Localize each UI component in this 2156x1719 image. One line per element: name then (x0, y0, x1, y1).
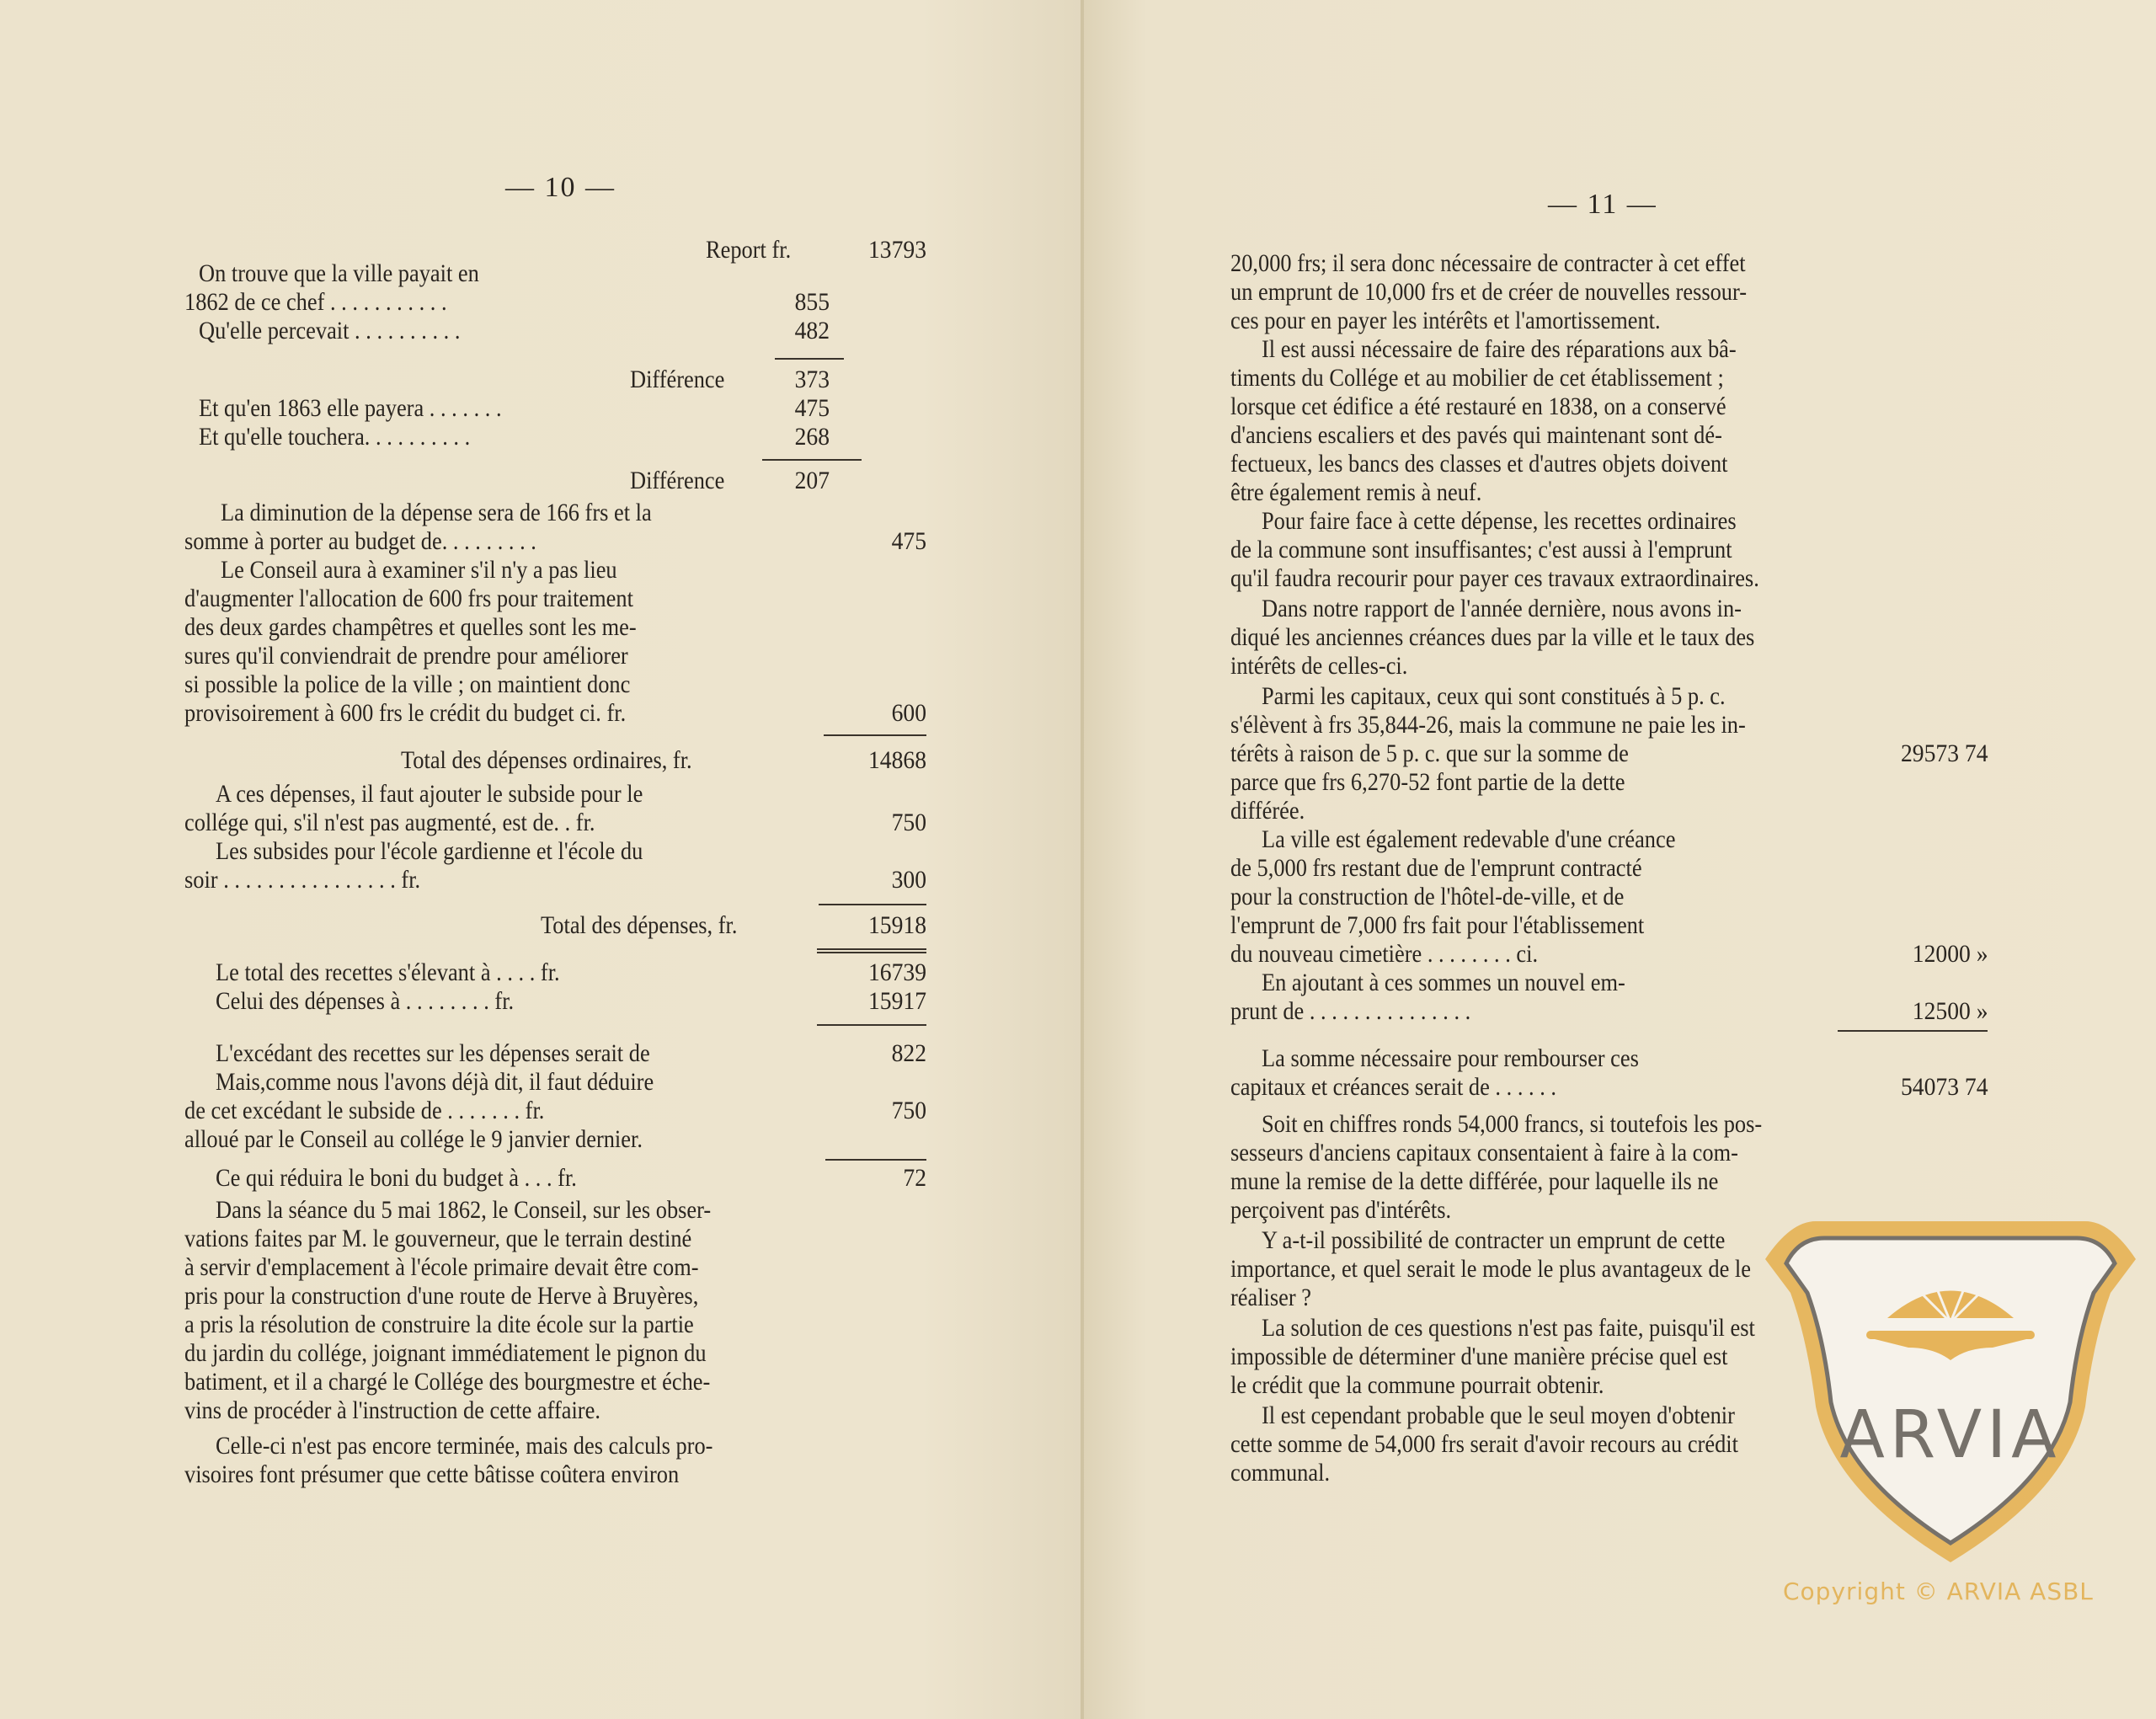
copyright-notice: Copyright © ARVIA ASBL (1783, 1578, 2094, 1605)
text-line: Total des dépenses ordinaires, fr. (401, 746, 692, 775)
amount-value: 14868 (868, 746, 926, 775)
amount-value: 29573 74 (1901, 739, 1988, 768)
sum-rule (1838, 1030, 1988, 1032)
text-line: réaliser ? (1230, 1284, 1311, 1312)
text-line: timents du Collége et au mobilier de cet… (1230, 364, 1724, 392)
text-line: si possible la police de la ville ; on m… (184, 670, 630, 699)
amount-value: 475 (795, 394, 830, 423)
text-line: On trouve que la ville payait en (199, 259, 479, 288)
amount-value: 268 (795, 423, 830, 451)
text-line: Mais,comme nous l'avons déjà dit, il fau… (216, 1068, 654, 1097)
double-sum-rule (817, 948, 926, 953)
text-line: Report fr. (706, 236, 791, 264)
amount-value: 207 (795, 467, 830, 495)
page-number-right: — 11 — (1548, 189, 1657, 221)
text-line: En ajoutant à ces sommes un nouvel em- (1262, 969, 1625, 997)
text-line: Le total des recettes s'élevant à . . . … (216, 958, 560, 987)
text-line: Et qu'elle touchera. . . . . . . . . . (199, 423, 470, 451)
text-line: lorsque cet édifice a été restauré en 18… (1230, 392, 1726, 421)
text-line: de la commune sont insuffisantes; c'est … (1230, 536, 1732, 564)
amount-value: 300 (892, 866, 926, 894)
text-line: Parmi les capitaux, ceux qui sont consti… (1262, 682, 1726, 711)
text-line: différée. (1230, 797, 1305, 825)
text-line: cette somme de 54,000 frs serait d'avoir… (1230, 1430, 1738, 1459)
text-line: A ces dépenses, il faut ajouter le subsi… (216, 780, 643, 809)
text-line: communal. (1230, 1459, 1330, 1487)
amount-value: 13793 (868, 236, 926, 264)
text-line: Pour faire face à cette dépense, les rec… (1262, 507, 1737, 536)
text-line: vations faites par M. le gouverneur, que… (184, 1225, 691, 1253)
text-line: parce que frs 6,270-52 font partie de la… (1230, 768, 1625, 797)
text-line: d'augmenter l'allocation de 600 frs pour… (184, 585, 633, 613)
text-line: être également remis à neuf. (1230, 478, 1481, 507)
text-line: Y a-t-il possibilité de contracter un em… (1262, 1226, 1725, 1255)
text-line: visoires font présumer que cette bâtisse… (184, 1460, 679, 1489)
text-line: diqué les anciennes créances dues par la… (1230, 623, 1754, 652)
text-line: de 5,000 frs restant due de l'emprunt co… (1230, 854, 1642, 883)
book-spread: — 10 — — 11 — Report fr.On trouve que la… (0, 0, 2156, 1719)
text-line: Dans la séance du 5 mai 1862, le Conseil… (216, 1196, 711, 1225)
text-line: Soit en chiffres ronds 54,000 francs, si… (1262, 1110, 1762, 1139)
text-line: d'anciens escaliers et des pavés qui mai… (1230, 421, 1722, 450)
sum-rule (762, 459, 862, 461)
sum-rule (817, 1024, 926, 1026)
text-line: de cet excédant le subside de . . . . . … (184, 1097, 544, 1125)
text-line: capitaux et créances serait de . . . . .… (1230, 1073, 1556, 1102)
text-line: Dans notre rapport de l'année dernière, … (1262, 595, 1742, 623)
amount-value: 15918 (868, 911, 926, 940)
amount-value: 750 (892, 809, 926, 837)
amount-value: 600 (892, 699, 926, 728)
text-line: Et qu'en 1863 elle payera . . . . . . . (199, 394, 502, 423)
text-line: La ville est également redevable d'une c… (1262, 825, 1675, 854)
text-line: a pris la résolution de construire la di… (184, 1311, 694, 1339)
text-line: 20,000 frs; il sera donc nécessaire de c… (1230, 249, 1746, 278)
text-line: soir . . . . . . . . . . . . . . . . fr. (184, 866, 420, 894)
amount-value: 822 (892, 1039, 926, 1068)
text-line: Il est cependant probable que le seul mo… (1262, 1401, 1735, 1430)
amount-value: 475 (892, 527, 926, 556)
svg-text:ARVIA: ARVIA (1839, 1397, 2061, 1473)
text-line: Les subsides pour l'école gardienne et l… (216, 837, 643, 866)
text-line: à servir d'emplacement à l'école primair… (184, 1253, 699, 1282)
text-line: du nouveau cimetière . . . . . . . . ci. (1230, 940, 1538, 969)
text-line: Il est aussi nécessaire de faire des rép… (1262, 335, 1737, 364)
text-line: pris pour la construction d'une route de… (184, 1282, 698, 1311)
amount-value: 12500 » (1912, 997, 1988, 1026)
amount-value: 15917 (868, 987, 926, 1016)
amount-value: 54073 74 (1901, 1073, 1988, 1102)
text-line: sesseurs d'anciens capitaux consentaient… (1230, 1139, 1738, 1167)
binding-gutter (1081, 0, 1084, 1719)
text-line: sures qu'il conviendrait de prendre pour… (184, 642, 628, 670)
text-line: prunt de . . . . . . . . . . . . . . . (1230, 997, 1470, 1026)
amount-value: 373 (795, 366, 830, 394)
text-line: qu'il faudra recourir pour payer ces tra… (1230, 564, 1759, 593)
text-line: impossible de déterminer d'une manière p… (1230, 1343, 1727, 1371)
text-line: Qu'elle percevait . . . . . . . . . . (199, 317, 460, 345)
text-line: L'excédant des recettes sur les dépenses… (216, 1039, 650, 1068)
text-line: un emprunt de 10,000 frs et de créer de … (1230, 278, 1747, 307)
text-line: térêts à raison de 5 p. c. que sur la so… (1230, 739, 1629, 768)
text-line: 1862 de ce chef . . . . . . . . . . . (184, 288, 447, 317)
text-line: du jardin du collége, joignant immédiate… (184, 1339, 707, 1368)
sum-rule (825, 1159, 926, 1161)
text-line: batiment, et il a chargé le Collége des … (184, 1368, 710, 1396)
text-line: l'emprunt de 7,000 frs fait pour l'établ… (1230, 911, 1644, 940)
amount-value: 12000 » (1912, 940, 1988, 969)
page-number-left: — 10 — (505, 172, 616, 204)
text-line: intérêts de celles-ci. (1230, 652, 1407, 681)
text-line: importance, et quel serait le mode le pl… (1230, 1255, 1751, 1284)
arvia-shield-logo-icon: ARVIA (1740, 1213, 2156, 1575)
text-line: des deux gardes champêtres et quelles so… (184, 613, 637, 642)
text-line: La diminution de la dépense sera de 166 … (221, 499, 652, 527)
sum-rule (775, 358, 844, 360)
text-line: Celle-ci n'est pas encore terminée, mais… (216, 1432, 712, 1460)
amount-value: 482 (795, 317, 830, 345)
text-line: ces pour en payer les intérêts et l'amor… (1230, 307, 1661, 335)
text-line: Différence (630, 366, 724, 394)
text-line: vins de procéder à l'instruction de cett… (184, 1396, 600, 1425)
amount-value: 72 (903, 1164, 926, 1193)
amount-value: 855 (795, 288, 830, 317)
sum-rule (824, 734, 926, 736)
text-line: La solution de ces questions n'est pas f… (1262, 1314, 1755, 1343)
text-line: s'élèvent à frs 35,844-26, mais la commu… (1230, 711, 1746, 739)
text-line: fectueux, les bancs des classes et d'aut… (1230, 450, 1728, 478)
text-line: Celui des dépenses à . . . . . . . . fr. (216, 987, 514, 1016)
text-line: alloué par le Conseil au collége le 9 ja… (184, 1125, 643, 1154)
text-line: Le Conseil aura à examiner s'il n'y a pa… (221, 556, 617, 585)
text-line: La somme nécessaire pour rembourser ces (1262, 1044, 1639, 1073)
amount-value: 750 (892, 1097, 926, 1125)
text-line: Différence (630, 467, 724, 495)
text-line: somme à porter au budget de. . . . . . .… (184, 527, 536, 556)
text-line: collége qui, s'il n'est pas augmenté, es… (184, 809, 595, 837)
sum-rule (819, 904, 926, 905)
text-line: Ce qui réduira le boni du budget à . . .… (216, 1164, 577, 1193)
text-line: provisoirement à 600 frs le crédit du bu… (184, 699, 626, 728)
text-line: le crédit que la commune pourrait obteni… (1230, 1371, 1604, 1400)
text-line: mune la remise de la dette différée, pou… (1230, 1167, 1718, 1196)
text-line: Total des dépenses, fr. (541, 911, 737, 940)
text-line: pour la construction de l'hôtel-de-ville… (1230, 883, 1624, 911)
amount-value: 16739 (868, 958, 926, 987)
text-line: perçoivent pas d'intérêts. (1230, 1196, 1451, 1225)
